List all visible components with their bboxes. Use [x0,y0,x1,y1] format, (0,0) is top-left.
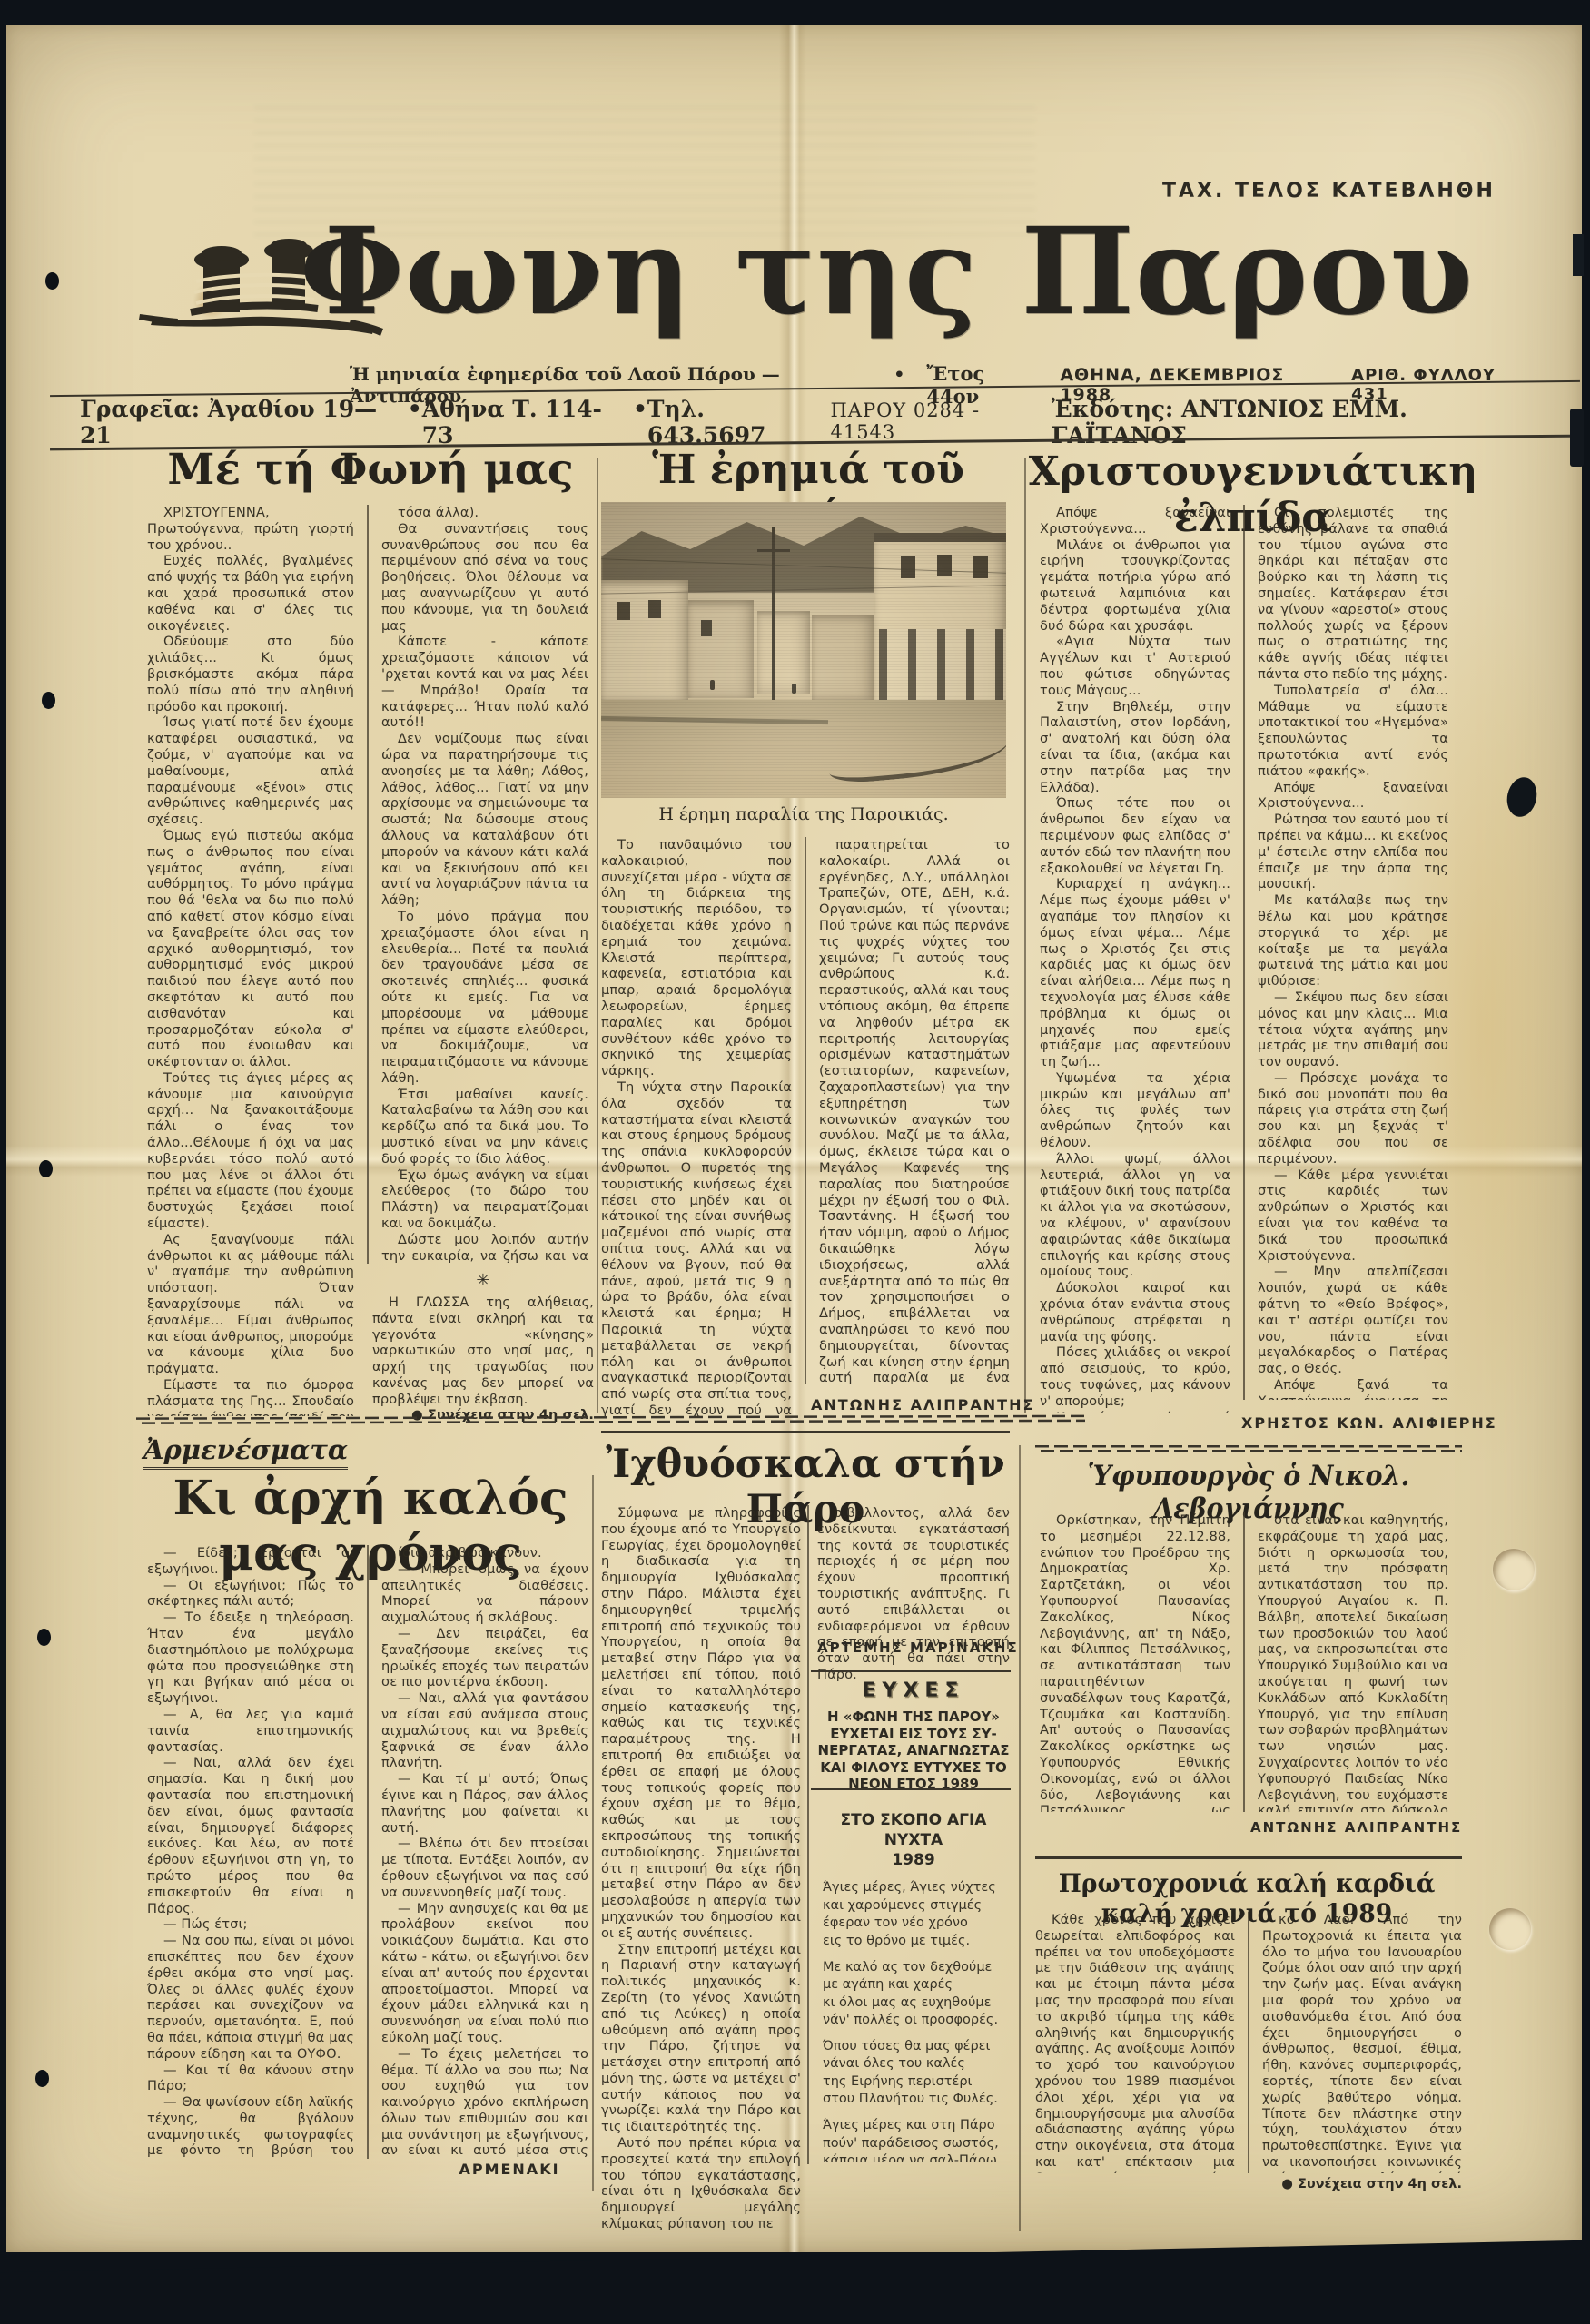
paragraph: Ας ξαναγίνουμε πάλι άνθρωποι κι ας μάθου… [147,1232,354,1377]
paragraph: παρατηρείται το καλοκαίρι. Αλλά οι εργέν… [819,837,1010,1384]
paragraph: — Οι εξωγήινοι; Πώς το σκέφτηκες πάλι αυ… [147,1578,354,1610]
punch-hole [39,1160,53,1177]
paragraph: Απόψε ξαναείναι Χριστούγεννα... [1258,780,1448,812]
text-column: τόσα άλλα).Θα συναντήσεις τους συνανθρώπ… [367,505,588,1264]
city-address: Ἀθήνα Τ. 114-73 [422,396,633,448]
separator-dot: • [633,396,647,422]
ink-mark [1570,409,1584,467]
paragraph: — Πώς έτσι; [147,1916,354,1933]
text-column: παρατηρείται το καλοκαίρι. Αλλά οι εργέν… [805,837,1010,1384]
offices-address: Γραφεῖα: Ἀγαθίου 19—21 [80,396,408,448]
box-rule [811,1670,1011,1672]
paragraph: Πόσες χιλιάδες οι νεκροί από σεισμούς, τ… [1040,1344,1230,1409]
paragraph: Δώστε μου λοιπόν αυτήν την ευκαιρία, να … [381,1232,588,1264]
paragraph: — Μπορεί όμως να έχουν απειλητικές διαθέ… [381,1561,588,1626]
paragraph: Κάθε χρόνος που αρχίζει θεωρείται ελπιδο… [1035,1912,1235,2173]
punch-hole [1493,1549,1535,1590]
paragraph: — Ναι, αλλά δεν έχει σημασία. Και η δική… [147,1755,354,1916]
article-winter-body: Το πανδαιμόνιο του καλοκαιριού, που συνε… [601,837,1010,1416]
text-column: ίδια ακριβώς κάνουν.— Μπορεί όμως να έχο… [367,1545,588,2159]
photo-grain-overlay [601,502,1006,798]
paragraph: — Βλέπω ότι δεν πτοείσαι με τίποτα. Εντά… [381,1836,588,1900]
continuation-note: ● Συνέχεια στην 4η σελ. [1258,2177,1462,2191]
paragraph: Κραυγές αγωνίας από παντού... Το τίποτα … [1040,1410,1230,1413]
separator-dot: • [408,396,422,422]
box-rule [811,1788,1011,1790]
paragraph: Άλλοι ψωμί, άλλοι λευτεριά, άλλοι γη να … [1040,1151,1230,1280]
text-column: κό Λαό. Από την Πρωτοχρονιά κι έπειτα γι… [1248,1912,1462,2173]
paragraph: — Σκέψου πως δεν είσαι μόνος και μην κλα… [1258,990,1448,1070]
poem-title: ΣΤΟ ΣΚΟΠΟ ΑΓΙΑ ΝΥΧΤΑ 1989 [817,1810,1010,1870]
paragraph: — Το έδειξε η τηλεόραση. Ήταν ένα μεγάλο… [147,1610,354,1707]
column-divider [1024,458,1026,1413]
paragraph: Όπου τόσες θα μας φέρει νάναι όλες του κ… [823,2038,1010,2109]
separator-dot: • [894,365,904,385]
text-column: Απόψε ξαναείναι Χριστούγεννα...Μιλάνε οι… [1040,505,1230,1413]
paragraph: ριβάλλοντος, αλλά δεν ενδείκνυται εγκατά… [817,1505,1010,1683]
poem-stanzas: Άγιες μέρες, Άγιες νύχτες και χαρούμενες… [817,1879,1010,2162]
paragraph: Μιλάνε οι άνθρωποι για ειρήνη τσουγκρίζο… [1040,537,1230,635]
scan-edge-top [0,0,1590,25]
byline-winter: ΑΝΤΩΝΗΣ ΑΛΙΠΡΑΝΤΗΣ [811,1396,1011,1413]
text-column: Οι πολεμιστές της ευθύνης βάλανε τα σπαθ… [1243,505,1448,1400]
column-divider [1019,1445,1021,2231]
text-column: Το πανδαιμόνιο του καλοκαιριού, που συνε… [601,837,792,1416]
paragraph: Ευχές πολλές, βγαλμένες από ψυχής τα βάθ… [147,553,354,634]
paragraph: «Αγια Νύχτα των Αγγέλων και τ' Αστεριού … [1040,634,1230,698]
section-divider-heavy [1035,1856,1462,1859]
text-column: ριβάλλοντος, αλλά δεν ενδείκνυται εγκατά… [817,1505,1010,1634]
paragraph: Άγιες μέρες και στη Πάρο πούν' παράδεισο… [823,2117,1010,2162]
paragraph: — Δεν πειράζει, θα ξαναζήσουμε εκείνες τ… [381,1626,588,1690]
paragraph: Απόψε ξανά τα Χριστούγεννα ένοιωσα τη γα… [1258,1377,1448,1400]
paragraph: Οι πολεμιστές της ευθύνης βάλανε τα σπαθ… [1258,505,1448,683]
paragraph: — Κάθε μέρα γεννιέται στις καρδιές των α… [1258,1167,1448,1265]
photo-caption: Η έρημη παραλία της Παροικιάς. [601,804,1006,824]
postage-stamp-notice: ΤΑΧ. ΤΕΛΟΣ ΚΑΤΕΒΛΗΘΗ [1162,180,1507,202]
paragraph: Δεν νομίζουμε πως είναι ώρα να παρατηρήσ… [381,731,588,909]
paragraph: — Και τί θα κάνουν στην Πάρο; [147,2063,354,2095]
paragraph: στα είναι και καθηγητής, εκφράζουμε τη χ… [1258,1512,1448,1812]
paragraph: Έχω όμως ανάγκη να είμαι ελεύθερος (το δ… [381,1167,588,1232]
paragraph: Το μόνο πράγμα που χρειαζόμαστε όλοι είν… [381,909,588,1087]
paragraph: ίδια ακριβώς κάνουν. [381,1545,588,1561]
paragraph: Το πανδαιμόνιο του καλοκαιριού, που συνε… [601,837,792,1079]
paragraph: Όπως τότε που οι άνθρωποι δεν είχαν να π… [1040,795,1230,876]
paragraph: — Και τί μ' αυτό; Όπως έγινε και η Πάρος… [381,1771,588,1836]
paragraph: Ίσως γιατί ποτέ δεν έχουμε καταφέρει ουσ… [147,714,354,828]
photo-empty-waterfront [601,502,1006,798]
paragraph: Τη νύχτα στην Παροικία όλα σχεδόν τα κατ… [601,1079,792,1416]
byline-minister: ΑΝΤΩΝΗΣ ΑΛΙΠΡΑΝΤΗΣ [1250,1819,1455,1836]
paragraph: Ρώτησα τον εαυτό μου τί πρέπει να κάμω..… [1258,812,1448,892]
paragraph: Με καλό ας τον δεχθούμε με αγάπη και χαρ… [823,1959,1010,2030]
paragraph: Άγιες μέρες, Άγιες νύχτες και χαρούμενες… [823,1879,1010,1950]
scan-edge-right [1582,0,1590,2324]
paragraph: Τούτες τις άγιες μέρες ας κάνουμε μια κα… [147,1070,354,1232]
paragraph: — Θα ψωνίσουν είδη λαϊκής τέχνης, θα βγά… [147,2094,354,2159]
star-ornament-icon: ✳ [372,1271,594,1291]
paragraph: Απόψε ξαναείναι Χριστούγεννα... [1040,505,1230,537]
column-kicker: Ἀρμενέσματα [143,1434,348,1470]
section-divider-dashed [1035,1445,1462,1452]
punch-hole [37,1629,51,1646]
paragraph: Στην Βηθλεέμ, στην Παλαιστίνη, στον Ιορδ… [1040,699,1230,796]
article-voice-footer: ✳ Η ΓΛΩΣΣΑ της αλήθειας, πάντα είναι σκλ… [372,1271,594,1423]
paragraph: Δύσκολοι καιροί και χρόνια όταν ενάντια … [1040,1280,1230,1344]
punch-hole [45,272,59,290]
text-column: Κάθε χρόνος που αρχίζει θεωρείται ελπιδο… [1035,1912,1235,2173]
byline-fishmarket: ΑΡΤΕΜΗΣ ΜΑΡΙΝΑΚΗΣ [817,1640,1010,1656]
wishes-box-text: Η «ΦΩΝΗ ΤΗΣ ΠΑΡΟΥ» ΕΥΧΕΤΑΙ ΕΙΣ ΤΟΥΣ ΣΥ- … [817,1709,1010,1793]
paragraph: — Α, θα λες για καμιά ταινία επιστημονικ… [147,1707,354,1755]
punch-hole [1489,1908,1531,1950]
article-ny1989-body: Κάθε χρόνος που αρχίζει θεωρείται ελπιδο… [1035,1912,1462,2173]
paragraph: — Να σου πω, είναι οι μόνοι επισκέπτες π… [147,1933,354,2062]
paragraph: Στην επιτροπή μετέχει και η Παριανή στην… [601,1942,801,2136]
paragraph: — Το έχεις μελετήσει το θέμα. Τί άλλο να… [381,2046,588,2159]
section-divider [601,1431,1010,1433]
paragraph: κό Λαό. Από την Πρωτοχρονιά κι έπειτα γι… [1262,1912,1462,2173]
paragraph: Όμως εγώ πιστεύω ακόμα πως ο άνθρωπος πο… [147,828,354,1070]
newspaper-title: Φωνη της Παρου [300,203,1344,341]
paragraph: Ορκίστηκαν, την Πέμπτη το μεσημέρι 22.12… [1040,1512,1230,1812]
paragraph: — Ναι, αλλά για φαντάσου να είσαι εσύ αν… [381,1690,588,1771]
paragraph: Κάποτε - κάποτε χρειαζόμαστε κάποιον νά … [381,634,588,731]
paragraph: — Πρόσεχε μονάχα το δικό σου μονοπάτι πο… [1258,1070,1448,1167]
column-divider [597,458,598,1413]
text-column: ΧΡΙΣΤΟΥΓΕΝΝΑ, Πρωτούγεννα, πρώτη γιορτή … [147,505,354,1416]
paragraph: Αυτό που πρέπει κύρια να προσεχτεί κατά … [601,2135,801,2232]
paragraph: — Μην ανησυχείς και θα με προλάβουν εκεί… [381,1901,588,2046]
paragraph: Υψωμένα τα χέρια μικρών και μεγάλων απ' … [1040,1070,1230,1151]
punch-hole [42,692,55,709]
paragraph: Τυπολατρεία σ' όλα... Μάθαμε να είμαστε … [1258,683,1448,780]
paragraph: τόσα άλλα). [381,505,588,521]
paragraph: Οδεύουμε στο δύο χιλιάδες... Κι όμως βρι… [147,634,354,714]
column-divider [807,1505,809,2164]
scan-edge-left [0,0,6,2324]
ink-mark [1573,234,1584,276]
paragraph: — Μην απελπίζεσαι λοιπόν, χωρά σε κάθε φ… [1258,1264,1448,1377]
paragraph: Η ΓΛΩΣΣΑ της αλήθειας, πάντα είναι σκληρ… [372,1295,594,1408]
headline-voice: Μέ τή Φωνή μας [147,445,594,495]
text-column: στα είναι και καθηγητής, εκφράζουμε τη χ… [1243,1512,1448,1812]
paragraph: Με κατάλαβε πως την θέλω και μου κράτησε… [1258,892,1448,990]
paragraph: Θα συναντήσεις τους συνανθρώπους σου που… [381,521,588,635]
article-minister-body: Ορκίστηκαν, την Πέμπτη το μεσημέρι 22.12… [1040,1512,1448,1812]
paragraph: ΧΡΙΣΤΟΥΓΕΝΝΑ, Πρωτούγεννα, πρώτη γιορτή … [147,505,354,553]
paragraph: Έτσι μαθαίνει κανείς. Καταλαβαίνω τα λάθ… [381,1087,588,1167]
poem-block: ΣΤΟ ΣΚΟΠΟ ΑΓΙΑ ΝΥΧΤΑ 1989 Άγιες μέρες, Ά… [817,1810,1010,2162]
article-hope-body: Απόψε ξαναείναι Χριστούγεννα...Μιλάνε οι… [1040,505,1448,1413]
paragraph: — Είδες; Έρχονται οι εξωγήινοι. [147,1545,354,1578]
text-column: — Είδες; Έρχονται οι εξωγήινοι.— Οι εξωγ… [147,1545,354,2159]
punch-hole [35,2070,49,2087]
paragraph: Κυριαρχεί η ανάγκη... Λέμε πως έχουμε μά… [1040,876,1230,1070]
wishes-box-label: ΕΥΧΕΣ [817,1679,1010,1702]
article-newyear-body: — Είδες; Έρχονται οι εξωγήινοι.— Οι εξωγ… [147,1545,594,2159]
paros-phone-number: ΠΑΡΟΥ 0284 - 41543 [830,399,1051,443]
scanned-newspaper-page: ΤΑΧ. ΤΕΛΟΣ ΚΑΤΕΒΛΗΘΗ Φωνη της Παρου Ἡ μη… [0,0,1590,2324]
paragraph: Είμαστε τα πιο όμορφα πλάσματα της Γης..… [147,1377,354,1416]
byline-hope: ΧΡΗΣΤΟΣ ΚΩΝ. ΑΛΙΦΙΕΡΗΣ [1241,1414,1450,1432]
text-column: Σύμφωνα με πληροφορίες που έχουμε από το… [601,1505,801,2159]
paragraph: Σύμφωνα με πληροφορίες που έχουμε από το… [601,1505,801,1942]
text-column: Ορκίστηκαν, την Πέμπτη το μεσημέρι 22.12… [1040,1512,1230,1812]
byline-newyear: ΑΡΜΕΝΑΚΙ [425,2161,594,2178]
